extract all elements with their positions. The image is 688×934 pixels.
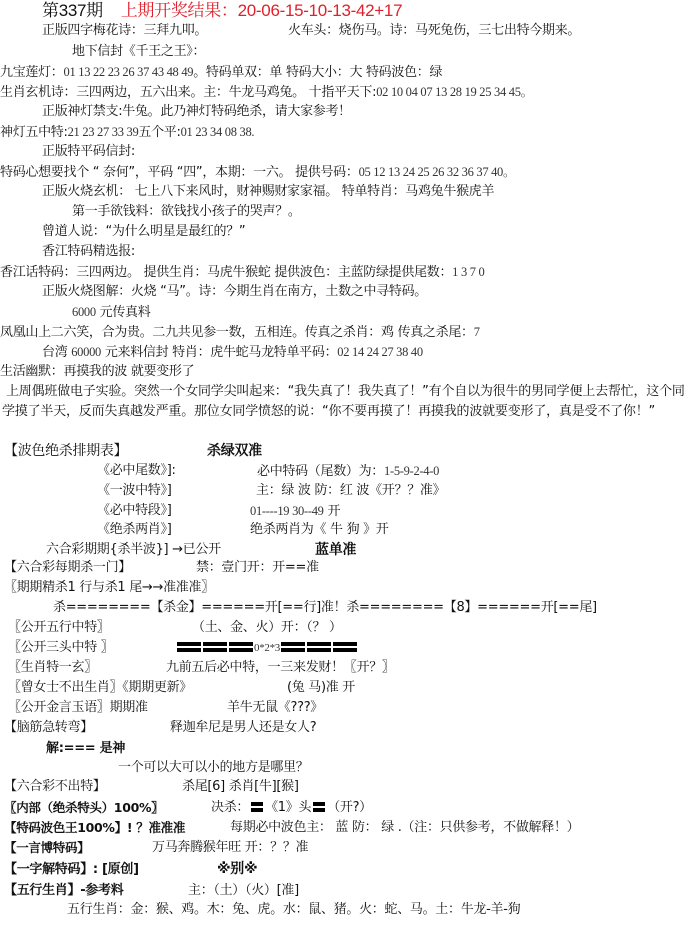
wuxing-value: 主：（土）（火）[准] [188,882,299,900]
five-flat-numbers: 01 23 34 08 38. [181,125,255,139]
zodiac-mystery-value: 九前五后必中特，一三来发财！〖开？〗 [166,659,395,677]
door-label: 【六合彩每期杀一门】 [4,559,131,577]
golden-words-label: 〖公开金言玉语〗期期准 [8,699,148,717]
value-text: 必中特码（尾数）为： [257,464,384,479]
three-head-digits: 0*2*3 [254,642,280,654]
flat-envelope: 正版特平码信封: [42,143,135,161]
five-special-label: 神灯五中特: [0,125,68,140]
block-icon [177,642,201,653]
table-title-right: 杀绿双准 [207,442,262,460]
provided-numbers: 05 12 13 24 25 26 32 36 37 40。 [359,165,516,179]
fax-label: 元传真料 [96,305,151,320]
xiangjiang-report: 香江特码精选报: [42,243,135,261]
result-label: 上期开奖结果： [121,1,238,20]
lady-zeng-label: 〖曾女士不出生肖〗《期期更新》 [8,679,192,697]
one-char-label: 【一字解特码】: [原创] [4,861,139,879]
train-head: 火车头：烧伤马。诗：马死兔伤，三七出特今期来。 [288,22,580,40]
inner-open: （开?） [327,800,372,815]
block-icon [307,642,331,653]
value-number: 01----19 30--49 [250,504,324,518]
god-lamp-five: 神灯五中特:21 23 27 33 39五个平:01 23 34 08 38. [0,123,254,142]
table-row-label: 《必中尾数》]: [97,462,176,480]
lady-zeng-value: (兔 马)准 开 [287,679,355,697]
one-word-label: 【一言博特码】 [4,839,89,857]
golden-words-value: 羊牛无鼠《???》 [227,699,323,717]
block-icon [333,642,357,653]
five-element-label: 〖公开五行中特〗 [8,619,110,637]
lotus-lamp-numbers: 01 13 22 23 26 37 43 48 49 [64,65,194,79]
table-row-value: 绝杀两肖为《 牛 狗 》开 [250,521,389,539]
taiwan-amount: 60000 [71,345,101,359]
table-row-label: 《一波中特》] [97,482,171,500]
no-special-label: 【六合彩不出特】 [4,778,106,796]
value-text: 开 [324,504,341,519]
kill-line: 杀========【杀金】======开[==行]准！杀========【8】=… [53,599,597,617]
plum-poem: 正版四字梅花诗：三拜九叩。 [42,22,207,40]
row-kill: 〖期期精杀1 行与杀1 尾→→准准准〗 [4,579,214,597]
answer-label: 解:=== [46,741,95,756]
ten-fingers-numbers: 02 10 04 07 13 28 19 25 34 45。 [376,85,533,99]
five-flat-label: 五个平: [138,125,180,140]
answer-text: 是神 [100,741,125,756]
special-wish-text: 特码心想要找个 “ 奈何”，平码 “四”，本期：一六。 提供号码： [0,165,359,180]
wuxing-label: 【五行生肖】-参考料 [4,882,123,900]
humor-title: 生活幽默：再摸我的波 就要变形了 [0,363,194,381]
zodiac-poem-text: 生肖玄机诗：三四两边，五六出来。主：牛龙马鸡兔。 十指平天下: [0,85,376,100]
three-head-label: 〖公开三头中特 〗 [8,639,113,657]
underground-envelope: 地下信封《千王之王》： [72,43,205,61]
phoenix-text: 凤凰山上二六笑，合为贵。二九共见参一数，五相连。传真之杀肖：鸡 传真之杀尾： [0,325,474,340]
inner-label: 〖内部（绝杀特头）100%〗 [4,799,163,817]
riddle-question: 释迦牟尼是男人还是女人? [170,719,316,737]
riddle-answer: 解:=== 是神 [46,740,125,758]
fire-diagram: 正版火烧图解：火烧 “马”。诗：今期生肖在南方，土数之中寻特码。 [42,283,427,301]
three-head-value: 0*2*3 [176,639,358,657]
tail-numbers: 1 3 7 0 [452,265,484,279]
taiwan-envelope: 台湾 60000 元来料信封 特肖：虎牛蛇马龙特单平码：02 14 24 27 … [42,343,423,362]
table-row-value: 必中特码（尾数）为：1-5-9-2-4-0 [257,462,439,481]
special-attributes: 。特码单双：单 特码大小：大 特码波色：绿 [193,65,442,80]
lotus-lamp: 九宝莲灯：01 13 22 23 26 37 43 48 49。特码单双：单 特… [0,63,442,82]
header: 第337期 上期开奖结果：20-06-15-10-13-42+17 [42,2,402,22]
taiwan-numbers: 02 14 24 27 38 40 [337,345,423,359]
humor-paragraph: 上周偶班做电子实验。突然一个女同学尖叫起来：“我失真了！我失真了！”有个自以为很… [2,382,686,422]
inner-value: 决杀：《1》头（开?） [211,799,372,817]
god-lamp-ban: 正版神灯禁支:牛兔。此乃神灯特码绝杀，请大家参考！ [42,103,351,121]
zeng-says: 曾道人说：“为什么明星是最红的？” [42,223,245,241]
taiwan-label: 台湾 [42,345,71,360]
kill-tail: 7 [474,325,480,339]
first-hand: 第一手欲钱料：欲钱找小孩子的哭声？。 [72,203,301,221]
result-value: 20-06-15-10-13-42+17 [238,1,403,20]
block-icon [251,802,263,813]
block-icon [281,642,305,653]
zodiac-poem: 生肖玄机诗：三四两边，五六出来。主：牛龙马鸡兔。 十指平天下:02 10 04 … [0,83,533,102]
half-wave-right: 蓝单准 [315,541,356,559]
fax-6000: 6000 元传真料 [72,303,150,322]
table-title: 【波色绝杀排期表】 [4,442,127,460]
five-special-numbers: 21 23 27 33 39 [68,125,139,139]
table-row-value: 01----19 30--49 开 [250,502,340,521]
block-icon [229,642,253,653]
train-head-text: 火车头：烧伤马。诗：马死兔伤，三七出特今期来。 [288,23,580,38]
phoenix-mountain: 凤凰山上二六笑，合为贵。二九共见参一数，五相连。传真之杀肖：鸡 传真之杀尾：7 [0,323,480,342]
block-icon [313,802,325,813]
inner-kill-label: 决杀： [211,800,249,815]
xiangjiang-text: 香江话特码：三四两边。 提供生肖：马虎牛猴蛇 提供波色：主蓝防绿提供尾数： [0,265,452,280]
lotus-lamp-label: 九宝莲灯： [0,65,64,80]
plum-poem-text: 正版四字梅花诗：三拜九叩。 [42,23,207,38]
taiwan-text: 元来料信封 特肖：虎牛蛇马龙特单平码： [101,345,337,360]
no-special-value: 杀尾[6] 杀肖[牛][猴] [182,778,299,796]
table-row-label: 《绝杀两肖》] [97,521,171,539]
one-word-value: 万马奔腾猴年旺 开：？？准 [152,839,308,857]
riddle-label: 【脑筋急转弯】 [4,719,93,737]
inner-head: 《1》头 [265,800,311,815]
fax-amount: 6000 [72,305,96,319]
wave-king-label: 【特码波色王100%】! ？准准准 [4,819,185,837]
block-icon [203,642,227,653]
zodiac-mystery-label: 〖生肖特一玄〗 [8,659,97,677]
special-wish: 特码心想要找个 “ 奈何”，平码 “四”，本期：一六。 提供号码：05 12 1… [0,163,515,182]
five-element-value: （土、金、火）开：（？ ） [192,619,342,637]
issue-number: 第337期 [42,1,103,20]
wave-king-value: 每期必中波色主： 蓝 防： 绿 .（注：只供参考，不做解释！） [230,819,579,837]
riddle-question-2: 一个可以大可以小的地方是哪里？ [118,759,309,777]
fire-mystery: 正版火烧玄机： 七上八下来风时，财神赐财家家福。 特单特肖：马鸡兔牛猴虎羊 [42,183,494,201]
table-row-label: 《必中特段》] [97,502,171,520]
table-row-value: 主：绿 波 防：红 波《开？？准》 [256,482,445,500]
half-wave: 六合彩期期{杀半波}] →已公开 [46,541,221,559]
value-number: 1-5-9-2-4-0 [384,464,439,478]
xiangjiang-special: 香江话特码：三四两边。 提供生肖：马虎牛猴蛇 提供波色：主蓝防绿提供尾数：1 3… [0,263,484,282]
one-char-value: ※别※ [217,860,257,878]
door-value: 禁：壹门开：开==准 [196,559,319,577]
wuxing-list: 五行生肖：金：猴、鸡。木：兔、虎。水：鼠、猪。火：蛇、马。土：牛龙-羊-狗 [67,901,520,919]
